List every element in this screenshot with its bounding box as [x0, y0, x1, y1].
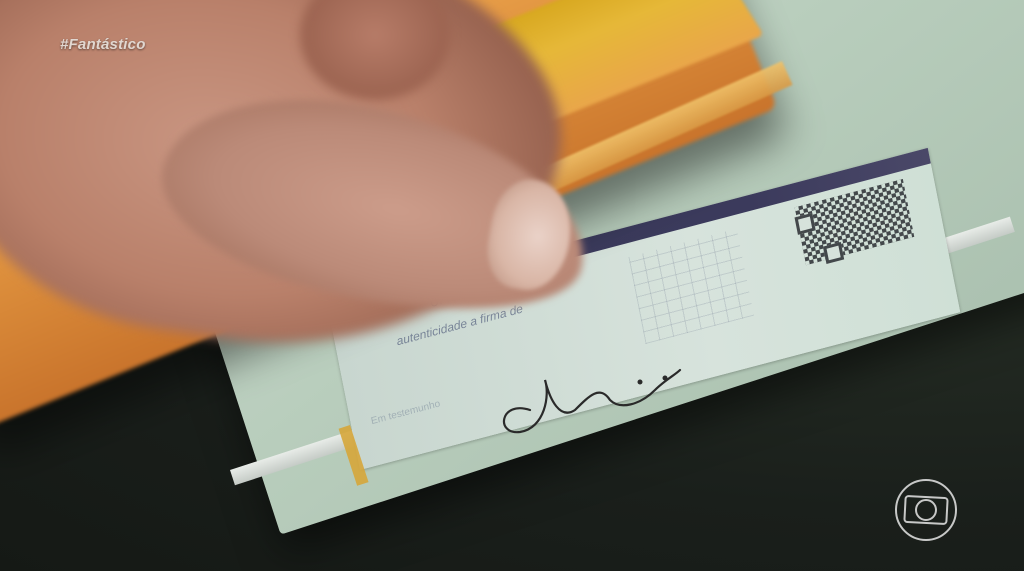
globo-logo-icon [893, 477, 959, 543]
seal-footer-text: Em testemunho [370, 398, 441, 427]
program-hashtag: #Fantástico [60, 36, 146, 53]
security-pattern [628, 229, 753, 344]
signature-icon [490, 340, 730, 440]
photo-scene: DE NOTAS OFÍCIO DE NOTAS autenticidade a… [0, 0, 1024, 571]
